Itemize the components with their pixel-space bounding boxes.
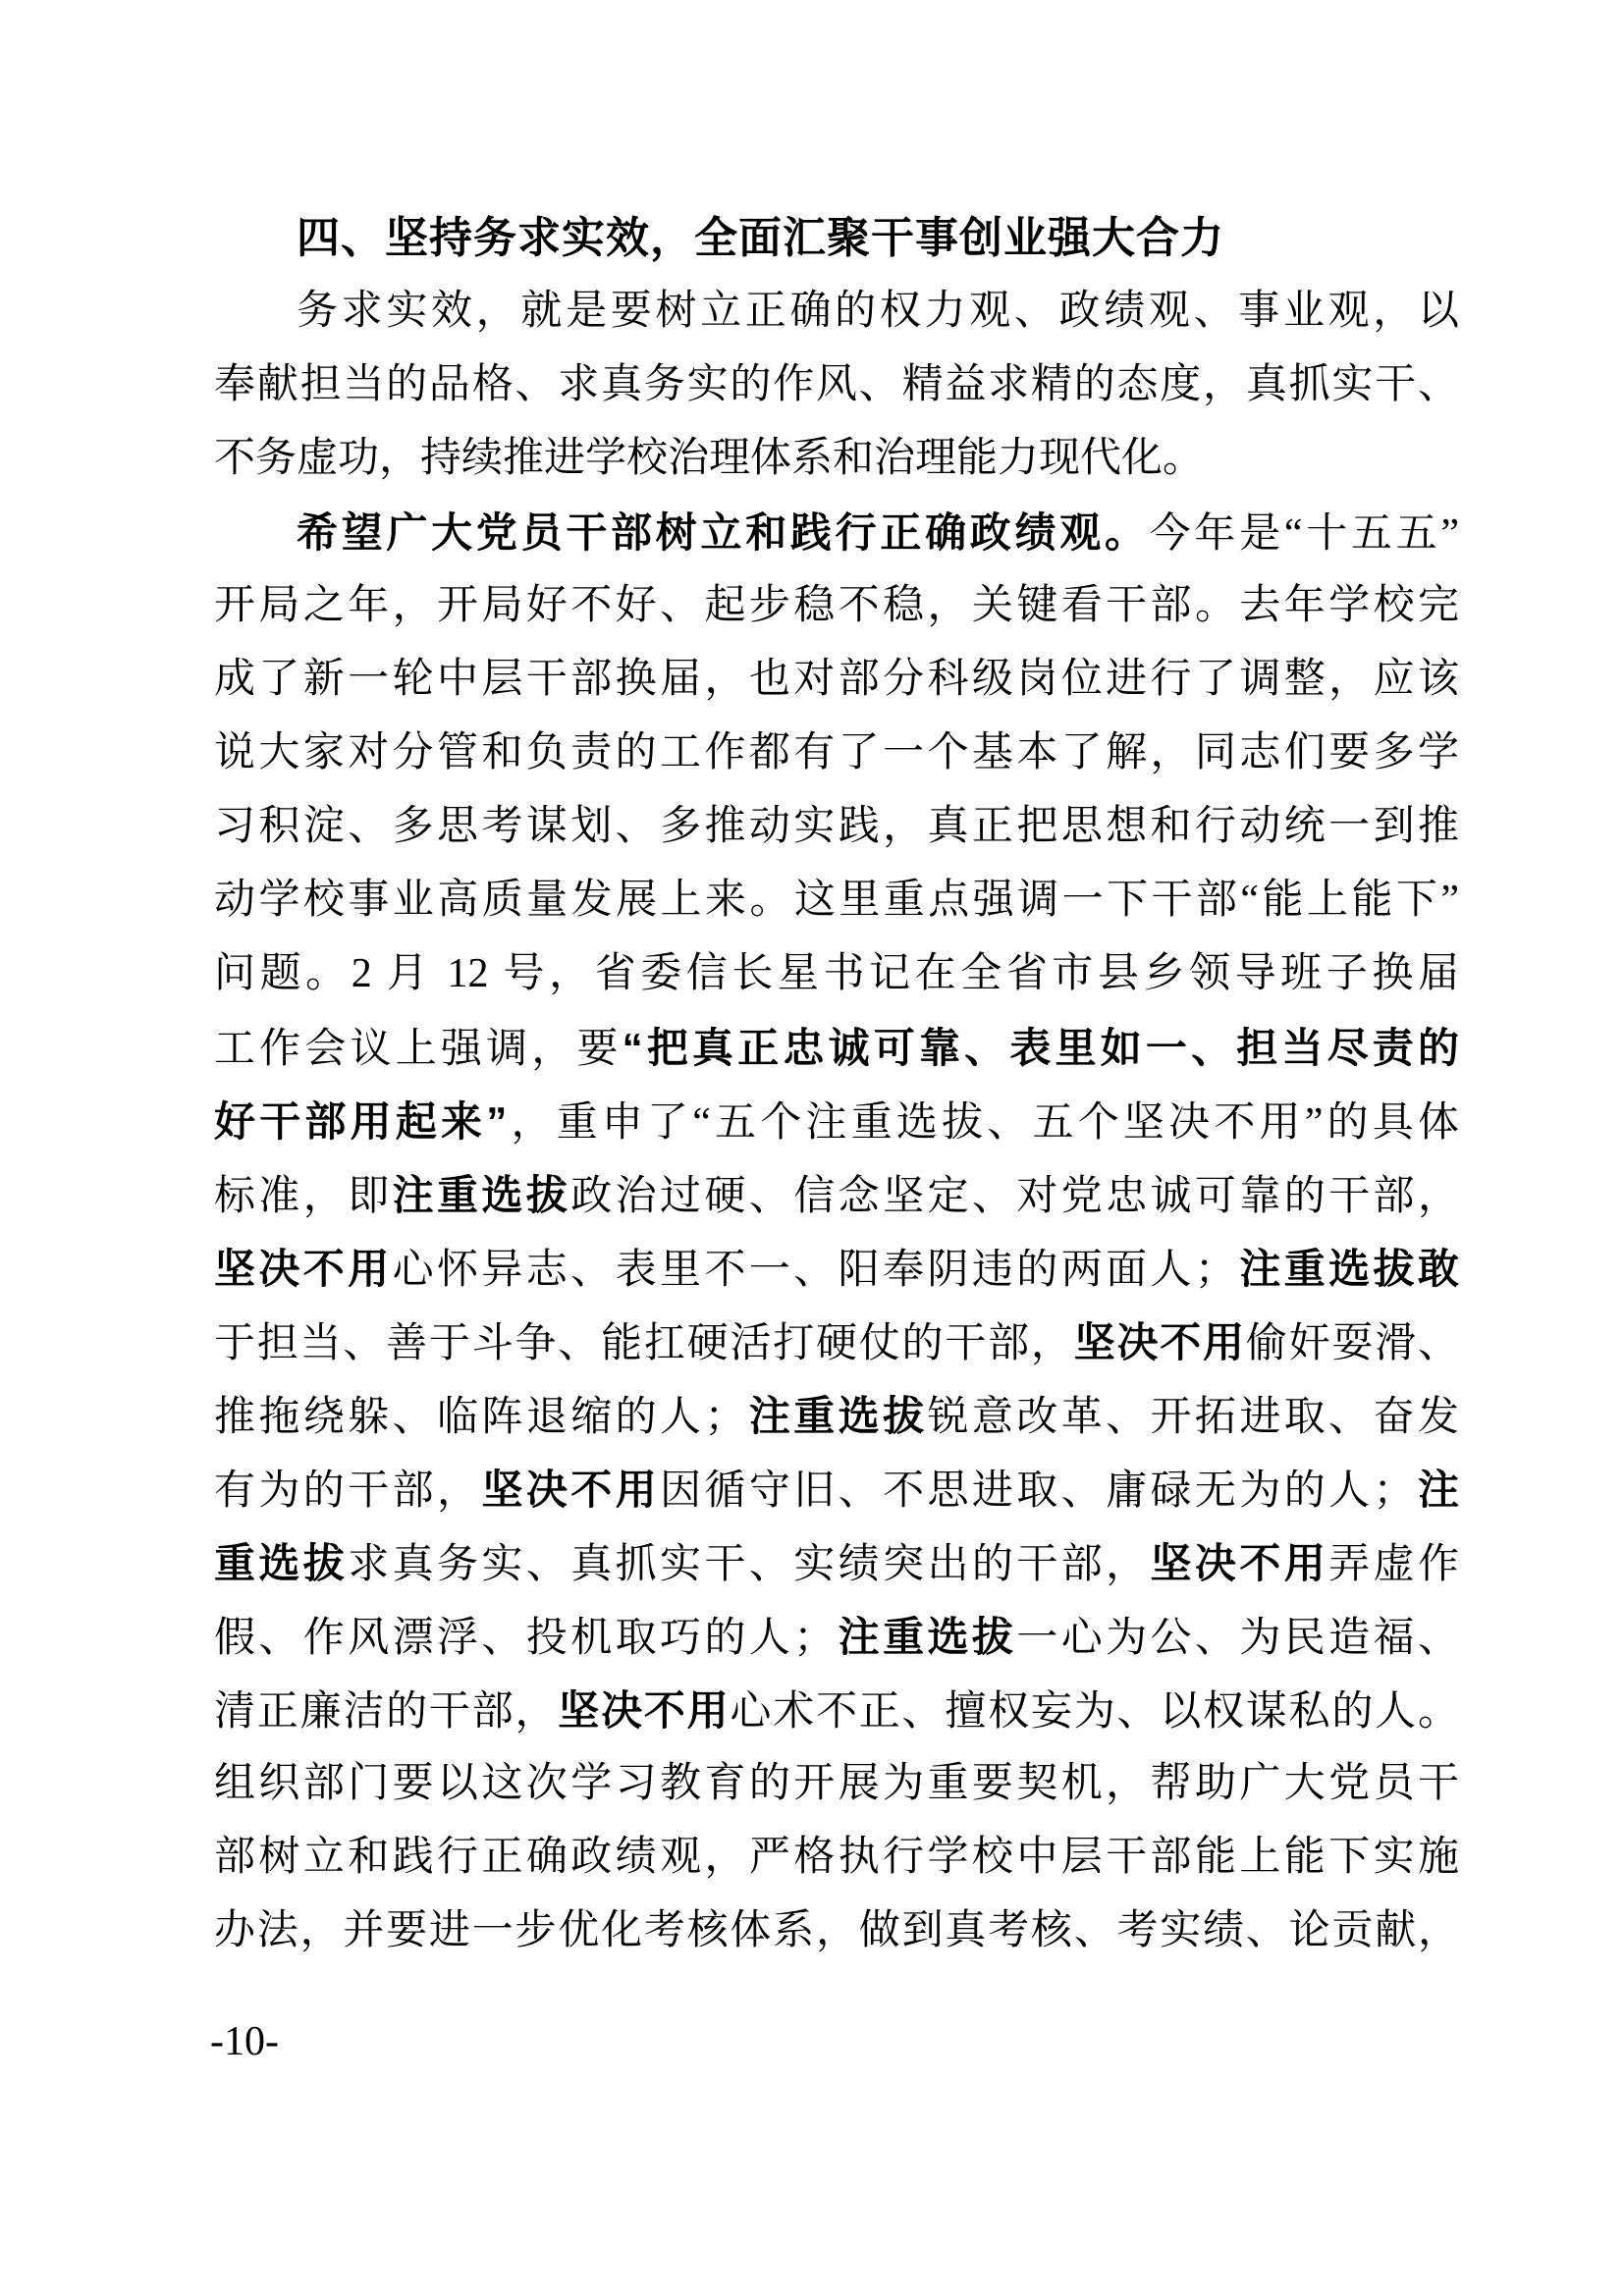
text-run: 心术不正、擅权妄为、以权谋私的人。 xyxy=(730,1689,1459,1735)
text-run: 心怀异志、表里不一、阳奉阴违的两面人； xyxy=(393,1248,1236,1293)
text-run: “把真正忠诚可靠、表里如一、担当尽责的 xyxy=(623,1025,1459,1071)
text-run: 习积淀、多思考谋划、多推动实践，真正把思想和行动统一到推 xyxy=(214,804,1459,849)
text-run: 注重选拔 xyxy=(835,1614,1016,1660)
section-heading: 四、坚持务求实效，全面汇聚干事创业强大合力 xyxy=(214,201,1459,275)
text-line: 问题。2 月 12 号，省委信长星书记在全省市县乡领导班子换届 xyxy=(214,937,1459,1011)
text-line: 成了新一轮中层干部换届，也对部分科级岗位进行了调整，应该 xyxy=(214,643,1459,717)
text-run: 好干部用起来” xyxy=(214,1098,507,1145)
text-run: 求真务实、真抓实干、实绩突出的干部， xyxy=(348,1542,1150,1587)
text-run: 部树立和践行正确政绩观，严格执行学校中层干部能上能下实施 xyxy=(214,1835,1459,1880)
text-line: 希望广大党员干部树立和践行正确政绩观。今年是“十五五” xyxy=(214,496,1459,569)
text-line: 重选拔求真务实、真抓实干、实绩突出的干部，坚决不用弄虚作 xyxy=(214,1526,1459,1600)
text-line: 清正廉洁的干部，坚决不用心术不正、擅权妄为、以权谋私的人。 xyxy=(214,1674,1459,1747)
text-line: 习积淀、多思考谋划、多推动实践，真正把思想和行动统一到推 xyxy=(214,790,1459,864)
text-run: 弄虚作 xyxy=(1328,1542,1459,1587)
text-run: 假、作风漂浮、投机取巧的人； xyxy=(214,1616,835,1661)
text-run: 说大家对分管和负责的工作都有了一个基本了解，同志们要多学 xyxy=(214,730,1459,775)
text-line: 动学校事业高质量发展上来。这里重点强调一下干部“能上能下” xyxy=(214,864,1459,937)
text-line: 工作会议上强调，要“把真正忠诚可靠、表里如一、担当尽责的 xyxy=(214,1011,1459,1085)
text-run: ，重申了“五个注重选拔、五个坚决不用”的具体 xyxy=(507,1100,1459,1146)
text-run: 注重选拔 xyxy=(393,1172,571,1218)
text-line: 说大家对分管和负责的工作都有了一个基本了解，同志们要多学 xyxy=(214,717,1459,790)
text-run: 因循守旧、不思进取、庸碌无为的人； xyxy=(660,1468,1414,1514)
text-run: 注 xyxy=(1415,1467,1459,1513)
text-run: 四、坚持务求实效，全面汇聚干事创业强大合力 xyxy=(214,214,1224,262)
text-run: 成了新一轮中层干部换届，也对部分科级岗位进行了调整，应该 xyxy=(214,657,1459,702)
text-run: 注重选拔敢 xyxy=(1236,1246,1459,1292)
text-line: 组织部门要以这次学习教育的开展为重要契机，帮助广大党员干 xyxy=(214,1747,1459,1821)
text-run: 于担当、善于斗争、能扛硬活打硬仗的干部， xyxy=(214,1321,1074,1366)
text-line: 于担当、善于斗争、能扛硬活打硬仗的干部，坚决不用偷奸耍滑、 xyxy=(214,1306,1459,1379)
document-body: 四、坚持务求实效，全面汇聚干事创业强大合力务求实效，就是要树立正确的权力观、政绩… xyxy=(214,201,1459,1968)
text-run: 工作会议上强调，要 xyxy=(214,1027,623,1072)
text-line: 坚决不用心怀异志、表里不一、阳奉阴违的两面人；注重选拔敢 xyxy=(214,1232,1459,1306)
text-run: 坚决不用 xyxy=(558,1687,730,1734)
text-line: 有为的干部，坚决不用因循守旧、不思进取、庸碌无为的人；注 xyxy=(214,1453,1459,1526)
text-run: 坚决不用 xyxy=(1151,1540,1329,1586)
text-run: 动学校事业高质量发展上来。这里重点强调一下干部“能上能下” xyxy=(214,878,1459,923)
text-run: 开局之年，开局好不好、起步稳不稳，关键看干部。去年学校完 xyxy=(214,583,1459,628)
text-run: 坚决不用 xyxy=(481,1467,660,1513)
text-run: 偷奸耍滑、 xyxy=(1246,1321,1459,1366)
text-run: 办法，并要进一步优化考核体系，做到真考核、考实绩、论贡献， xyxy=(214,1908,1459,1953)
text-line: 部树立和践行正确政绩观，严格执行学校中层干部能上能下实施 xyxy=(214,1821,1459,1895)
text-run: 有为的干部， xyxy=(214,1468,481,1514)
text-run: 希望广大党员干部树立和践行正确政绩观。 xyxy=(214,509,1150,556)
document-page: 四、坚持务求实效，全面汇聚干事创业强大合力务求实效，就是要树立正确的权力观、政绩… xyxy=(0,0,1624,2296)
text-line: 推拖绕躲、临阵退缩的人；注重选拔锐意改革、开拓进取、奋发 xyxy=(214,1379,1459,1453)
text-run: 不务虚功，持续推进学校治理体系和治理能力现代化。 xyxy=(214,436,1204,481)
text-run: 锐意改革、开拓进取、奋发 xyxy=(928,1395,1459,1440)
text-line: 不务虚功，持续推进学校治理体系和治理能力现代化。 xyxy=(214,422,1459,496)
text-run: 标准，即 xyxy=(214,1174,393,1219)
text-line: 办法，并要进一步优化考核体系，做到真考核、考实绩、论贡献， xyxy=(214,1895,1459,1968)
text-run: 今年是“十五五” xyxy=(1150,511,1459,557)
text-run: 坚决不用 xyxy=(1074,1319,1246,1365)
text-run: 清正廉洁的干部， xyxy=(214,1689,558,1735)
text-line: 假、作风漂浮、投机取巧的人；注重选拔一心为公、为民造福、 xyxy=(214,1600,1459,1674)
text-run: 奉献担当的品格、求真务实的作风、精益求精的态度，真抓实干、 xyxy=(214,362,1459,407)
text-line: 标准，即注重选拔政治过硬、信念坚定、对党忠诚可靠的干部， xyxy=(214,1158,1459,1232)
text-line: 好干部用起来”，重申了“五个注重选拔、五个坚决不用”的具体 xyxy=(214,1085,1459,1158)
text-run: 推拖绕躲、临阵退缩的人； xyxy=(214,1395,745,1440)
text-line: 开局之年，开局好不好、起步稳不稳，关键看干部。去年学校完 xyxy=(214,569,1459,643)
text-run: 坚决不用 xyxy=(214,1246,393,1292)
text-run: 务求实效，就是要树立正确的权力观、政绩观、事业观，以 xyxy=(214,289,1459,334)
text-line: 务求实效，就是要树立正确的权力观、政绩观、事业观，以 xyxy=(214,275,1459,348)
page-number: -10- xyxy=(210,2005,279,2079)
text-run: 重选拔 xyxy=(214,1540,348,1586)
text-line: 奉献担当的品格、求真务实的作风、精益求精的态度，真抓实干、 xyxy=(214,348,1459,422)
text-run: 组织部门要以这次学习教育的开展为重要契机，帮助广大党员干 xyxy=(214,1761,1459,1806)
text-run: 问题。2 月 12 号，省委信长星书记在全省市县乡领导班子换届 xyxy=(214,951,1459,996)
text-run: 注重选拔 xyxy=(745,1393,927,1439)
text-run: 一心为公、为民造福、 xyxy=(1016,1616,1459,1661)
text-run: 政治过硬、信念坚定、对党忠诚可靠的干部， xyxy=(570,1174,1459,1219)
